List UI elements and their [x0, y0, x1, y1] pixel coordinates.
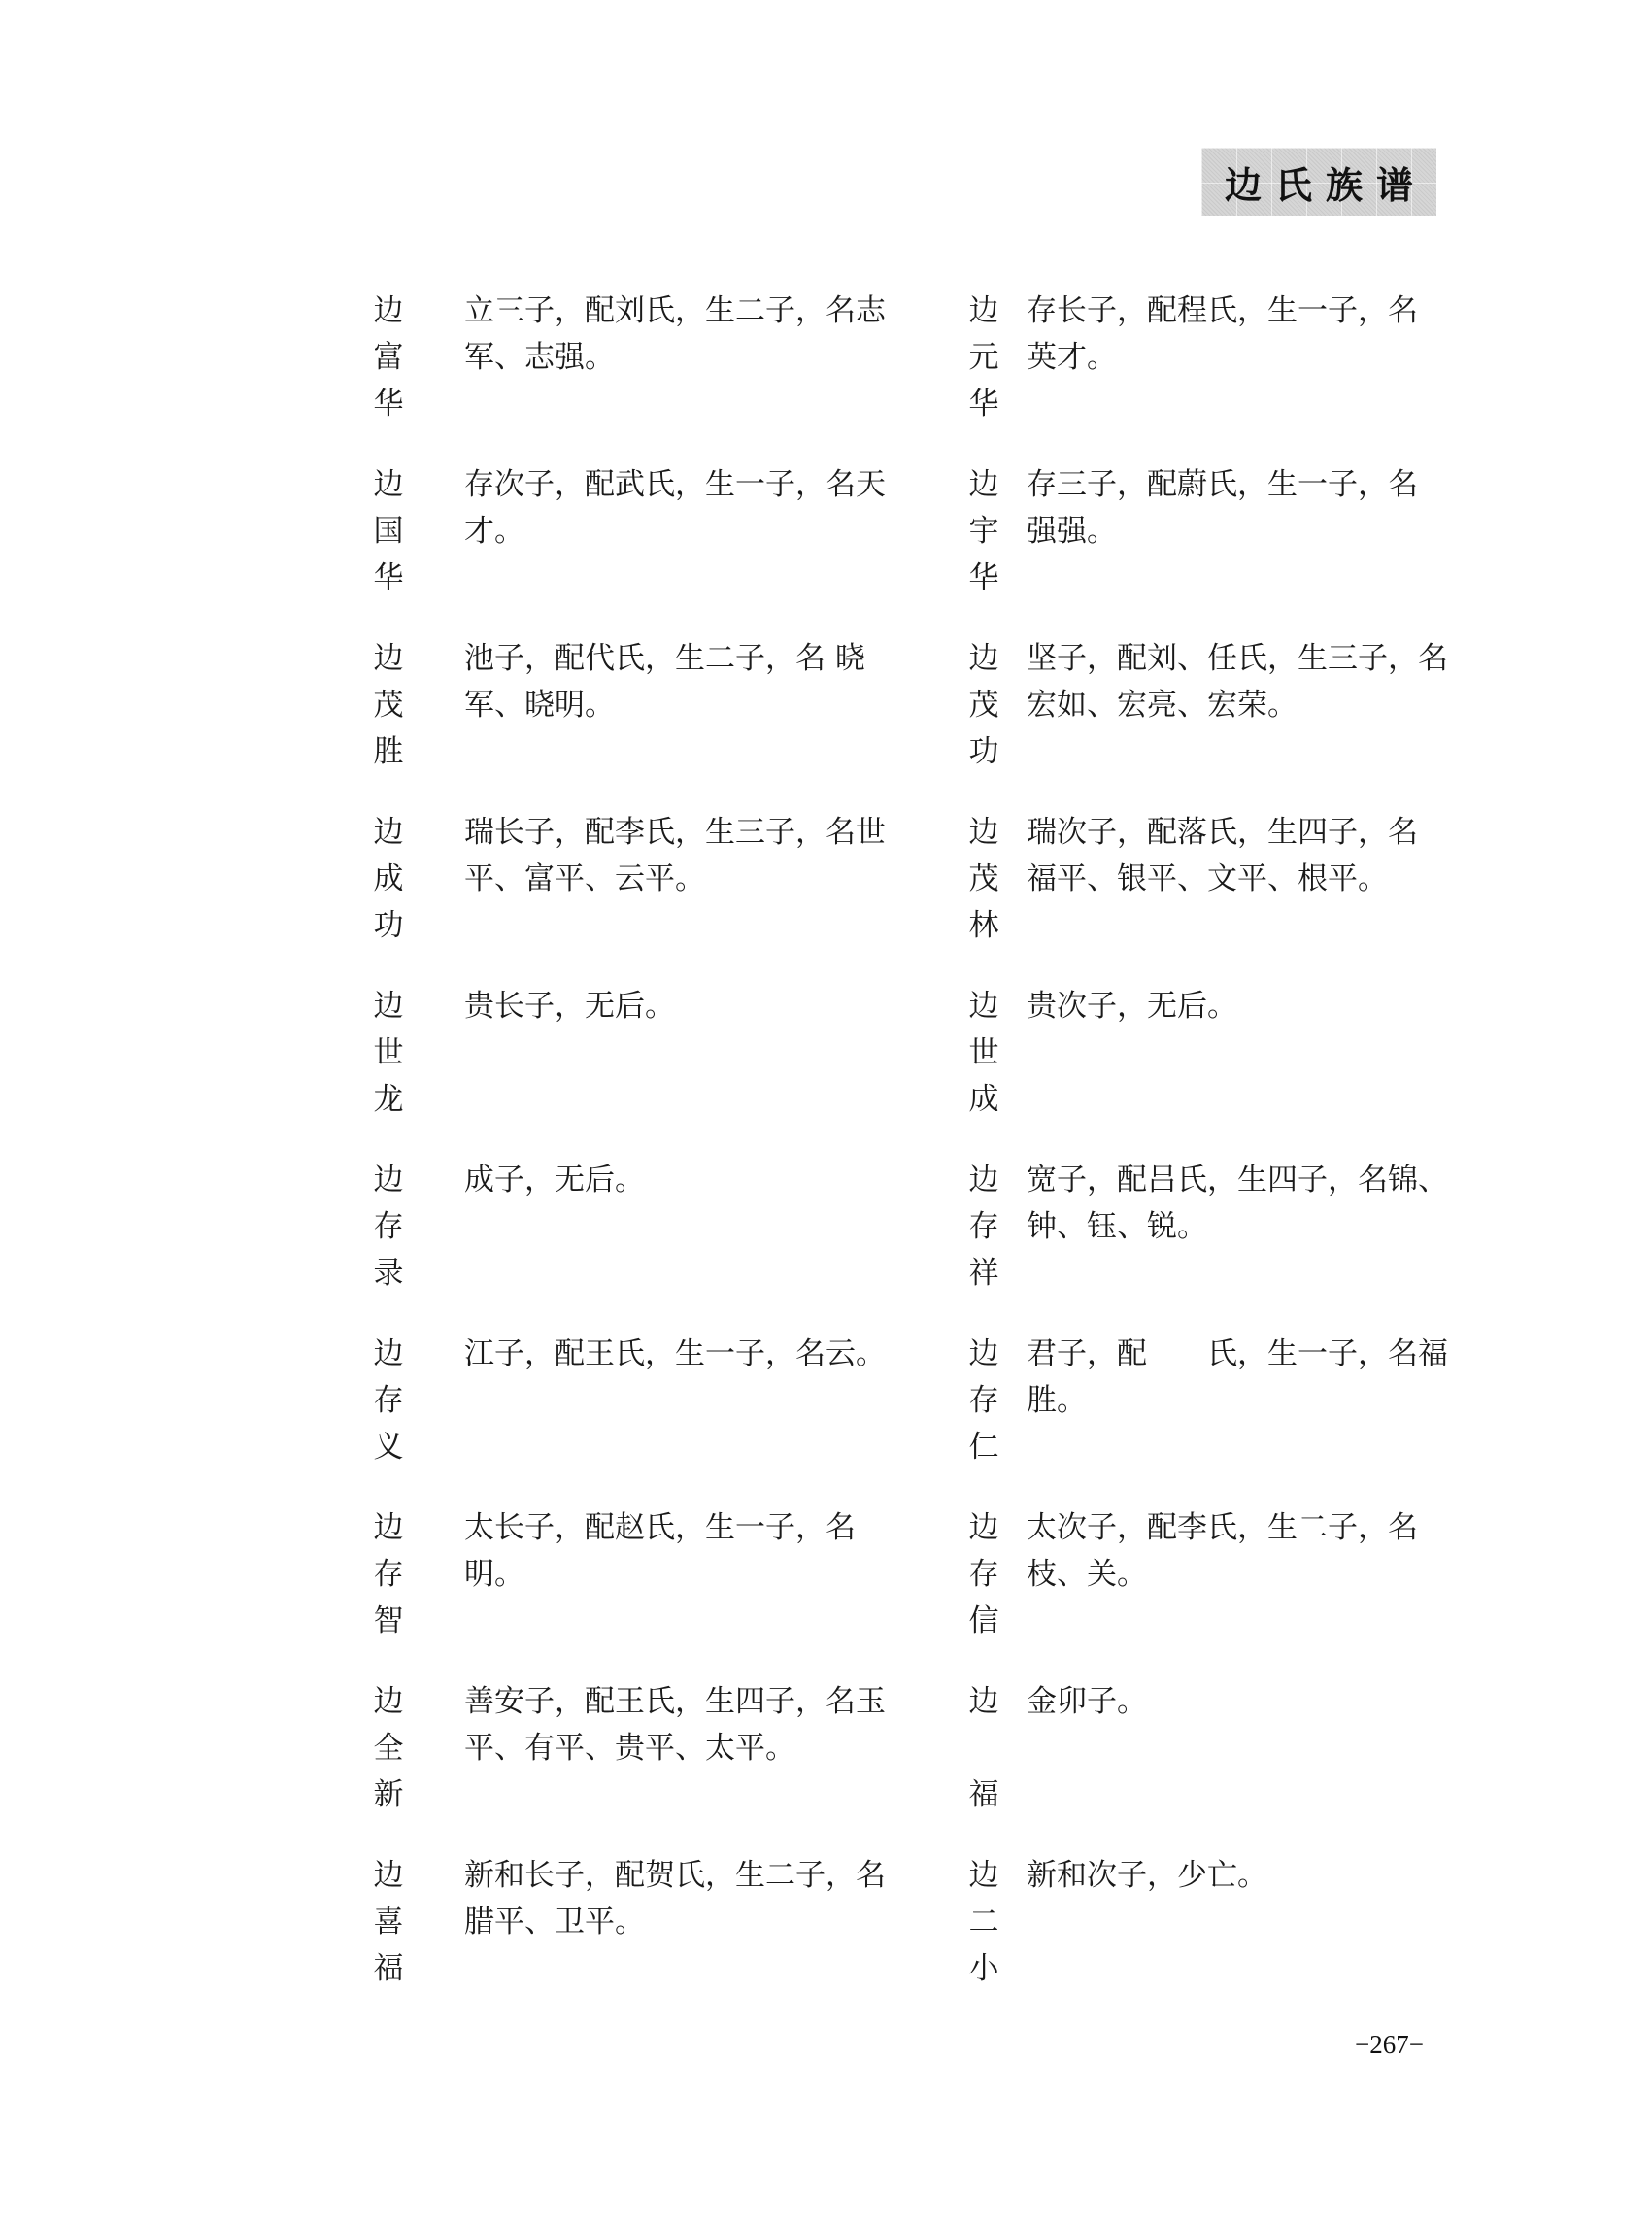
person-description: 太长子，配赵氏，生一子，名明。	[464, 1504, 856, 1598]
name-character: 存	[964, 1551, 1003, 1598]
name-character: 福	[964, 1771, 1003, 1818]
name-character: 边	[369, 287, 408, 334]
person-name: 边国华	[369, 461, 408, 601]
description-line: 才。	[464, 508, 886, 555]
name-character: 边	[369, 1157, 408, 1203]
description-line: 平、有平、贵平、太平。	[464, 1725, 886, 1771]
description-line: 善安子，配王氏，生四子，名玉	[464, 1678, 886, 1725]
person-description: 善安子，配王氏，生四子，名玉平、有平、贵平、太平。	[464, 1678, 886, 1771]
name-character: 功	[964, 728, 1003, 775]
description-line: 钟、钰、锐。	[1027, 1203, 1448, 1250]
description-line: 胜。	[1027, 1377, 1448, 1424]
description-line: 贵次子，无后。	[1027, 983, 1237, 1029]
name-character: 边	[964, 461, 1003, 508]
name-character: 信	[964, 1598, 1003, 1644]
name-character: 华	[369, 555, 408, 601]
description-line: 明。	[464, 1551, 856, 1598]
person-description: 瑞次子，配落氏，生四子，名福平、银平、文平、根平。	[1027, 809, 1418, 902]
name-character	[964, 1725, 1003, 1771]
person-description: 江子，配王氏，生一子，名云。	[464, 1331, 886, 1377]
description-line: 军、志强。	[464, 334, 886, 381]
name-character: 边	[964, 1157, 1003, 1203]
person-description: 贵次子，无后。	[1027, 983, 1237, 1029]
person-name: 边世成	[964, 983, 1003, 1123]
name-character: 仁	[964, 1424, 1003, 1470]
name-character: 边	[369, 1678, 408, 1725]
name-character: 林	[964, 902, 1003, 949]
description-line: 太长子，配赵氏，生一子，名	[464, 1504, 856, 1551]
name-character: 华	[964, 555, 1003, 601]
description-line: 新和次子，少亡。	[1027, 1852, 1267, 1899]
person-description: 存三子，配蔚氏，生一子，名强强。	[1027, 461, 1418, 555]
name-character: 小	[964, 1945, 1003, 1992]
person-description: 贵长子，无后。	[464, 983, 675, 1029]
description-line: 存三子，配蔚氏，生一子，名	[1027, 461, 1418, 508]
name-character: 喜	[369, 1899, 408, 1945]
description-line: 英才。	[1027, 334, 1418, 381]
name-character: 边	[964, 809, 1003, 856]
name-character: 边	[964, 1678, 1003, 1725]
name-character: 边	[369, 461, 408, 508]
name-character: 新	[369, 1771, 408, 1818]
description-line: 瑞次子，配落氏，生四子，名	[1027, 809, 1418, 856]
description-line: 军、晓明。	[464, 682, 865, 728]
person-description: 存长子，配程氏，生一子，名英才。	[1027, 287, 1418, 381]
description-line: 君子，配 氏，生一子，名福	[1027, 1331, 1448, 1377]
name-character: 边	[964, 635, 1003, 682]
description-line: 坚子，配刘、任氏，生三子，名	[1027, 635, 1448, 682]
person-name: 边茂胜	[369, 635, 408, 775]
name-character: 世	[369, 1029, 408, 1076]
name-character: 存	[964, 1203, 1003, 1250]
name-character: 边	[964, 983, 1003, 1029]
description-line: 存长子，配程氏，生一子，名	[1027, 287, 1418, 334]
person-name: 边存祥	[964, 1157, 1003, 1297]
description-line: 存次子，配武氏，生一子，名天	[464, 461, 886, 508]
person-description: 成子，无后。	[464, 1157, 645, 1203]
person-name: 边富华	[369, 287, 408, 427]
name-character: 边	[964, 1852, 1003, 1899]
name-character: 茂	[964, 682, 1003, 728]
name-character: 边	[369, 1331, 408, 1377]
name-character: 录	[369, 1250, 408, 1297]
name-character: 边	[369, 635, 408, 682]
name-character: 存	[964, 1377, 1003, 1424]
person-description: 君子，配 氏，生一子，名福胜。	[1027, 1331, 1448, 1424]
name-character: 世	[964, 1029, 1003, 1076]
name-character: 边	[964, 1504, 1003, 1551]
name-character: 茂	[369, 682, 408, 728]
person-name: 边元华	[964, 287, 1003, 427]
person-description: 金卯子。	[1027, 1678, 1147, 1725]
description-line: 池子，配代氏，生二子，名 晓	[464, 635, 865, 682]
person-description: 坚子，配刘、任氏，生三子，名宏如、宏亮、宏荣。	[1027, 635, 1448, 728]
description-line: 江子，配王氏，生一子，名云。	[464, 1331, 886, 1377]
description-line: 瑞长子，配李氏，生三子，名世	[464, 809, 886, 856]
person-description: 池子，配代氏，生二子，名 晓军、晓明。	[464, 635, 865, 728]
name-character: 国	[369, 508, 408, 555]
running-header: 边氏族谱	[1201, 148, 1436, 216]
person-name: 边存录	[369, 1157, 408, 1297]
name-character: 祥	[964, 1250, 1003, 1297]
person-description: 立三子，配刘氏，生二子，名志军、志强。	[464, 287, 886, 381]
description-line: 太次子，配李氏，生二子，名	[1027, 1504, 1418, 1551]
person-name: 边茂功	[964, 635, 1003, 775]
description-line: 宏如、宏亮、宏荣。	[1027, 682, 1448, 728]
name-character: 胜	[369, 728, 408, 775]
description-line: 宽子，配吕氏，生四子，名锦、	[1027, 1157, 1448, 1203]
page-number: −267−	[1355, 2030, 1424, 2060]
name-character: 边	[964, 1331, 1003, 1377]
person-name: 边存信	[964, 1504, 1003, 1644]
name-character: 龙	[369, 1076, 408, 1123]
description-line: 腊平、卫平。	[464, 1899, 886, 1945]
description-line: 平、富平、云平。	[464, 856, 886, 902]
person-description: 新和次子，少亡。	[1027, 1852, 1267, 1899]
name-character: 智	[369, 1598, 408, 1644]
person-description: 存次子，配武氏，生一子，名天才。	[464, 461, 886, 555]
person-name: 边世龙	[369, 983, 408, 1123]
description-line: 贵长子，无后。	[464, 983, 675, 1029]
description-line: 成子，无后。	[464, 1157, 645, 1203]
name-character: 元	[964, 334, 1003, 381]
name-character: 成	[964, 1076, 1003, 1123]
person-name: 边茂林	[964, 809, 1003, 949]
name-character: 宇	[964, 508, 1003, 555]
description-line: 立三子，配刘氏，生二子，名志	[464, 287, 886, 334]
name-character: 边	[369, 1852, 408, 1899]
person-name: 边喜福	[369, 1852, 408, 1992]
person-name: 边二小	[964, 1852, 1003, 1992]
header-title: 边氏族谱	[1211, 155, 1427, 209]
name-character: 存	[369, 1377, 408, 1424]
description-line: 新和长子，配贺氏，生二子，名	[464, 1852, 886, 1899]
description-line: 福平、银平、文平、根平。	[1027, 856, 1418, 902]
person-name: 边存义	[369, 1331, 408, 1470]
name-character: 二	[964, 1899, 1003, 1945]
name-character: 边	[369, 1504, 408, 1551]
name-character: 边	[369, 983, 408, 1029]
name-character: 茂	[964, 856, 1003, 902]
description-line: 金卯子。	[1027, 1678, 1147, 1725]
name-character: 华	[964, 381, 1003, 427]
person-name: 边宇华	[964, 461, 1003, 601]
person-name: 边福	[964, 1678, 1003, 1818]
name-character: 边	[369, 809, 408, 856]
name-character: 边	[964, 287, 1003, 334]
name-character: 华	[369, 381, 408, 427]
name-character: 福	[369, 1945, 408, 1992]
person-name: 边全新	[369, 1678, 408, 1818]
name-character: 义	[369, 1424, 408, 1470]
name-character: 存	[369, 1203, 408, 1250]
person-description: 新和长子，配贺氏，生二子，名腊平、卫平。	[464, 1852, 886, 1945]
name-character: 功	[369, 902, 408, 949]
name-character: 成	[369, 856, 408, 902]
description-line: 强强。	[1027, 508, 1418, 555]
person-description: 瑞长子，配李氏，生三子，名世平、富平、云平。	[464, 809, 886, 902]
person-name: 边存智	[369, 1504, 408, 1644]
person-name: 边成功	[369, 809, 408, 949]
person-description: 宽子，配吕氏，生四子，名锦、钟、钰、锐。	[1027, 1157, 1448, 1250]
name-character: 全	[369, 1725, 408, 1771]
name-character: 富	[369, 334, 408, 381]
person-description: 太次子，配李氏，生二子，名枝、关。	[1027, 1504, 1418, 1598]
description-line: 枝、关。	[1027, 1551, 1418, 1598]
person-name: 边存仁	[964, 1331, 1003, 1470]
name-character: 存	[369, 1551, 408, 1598]
